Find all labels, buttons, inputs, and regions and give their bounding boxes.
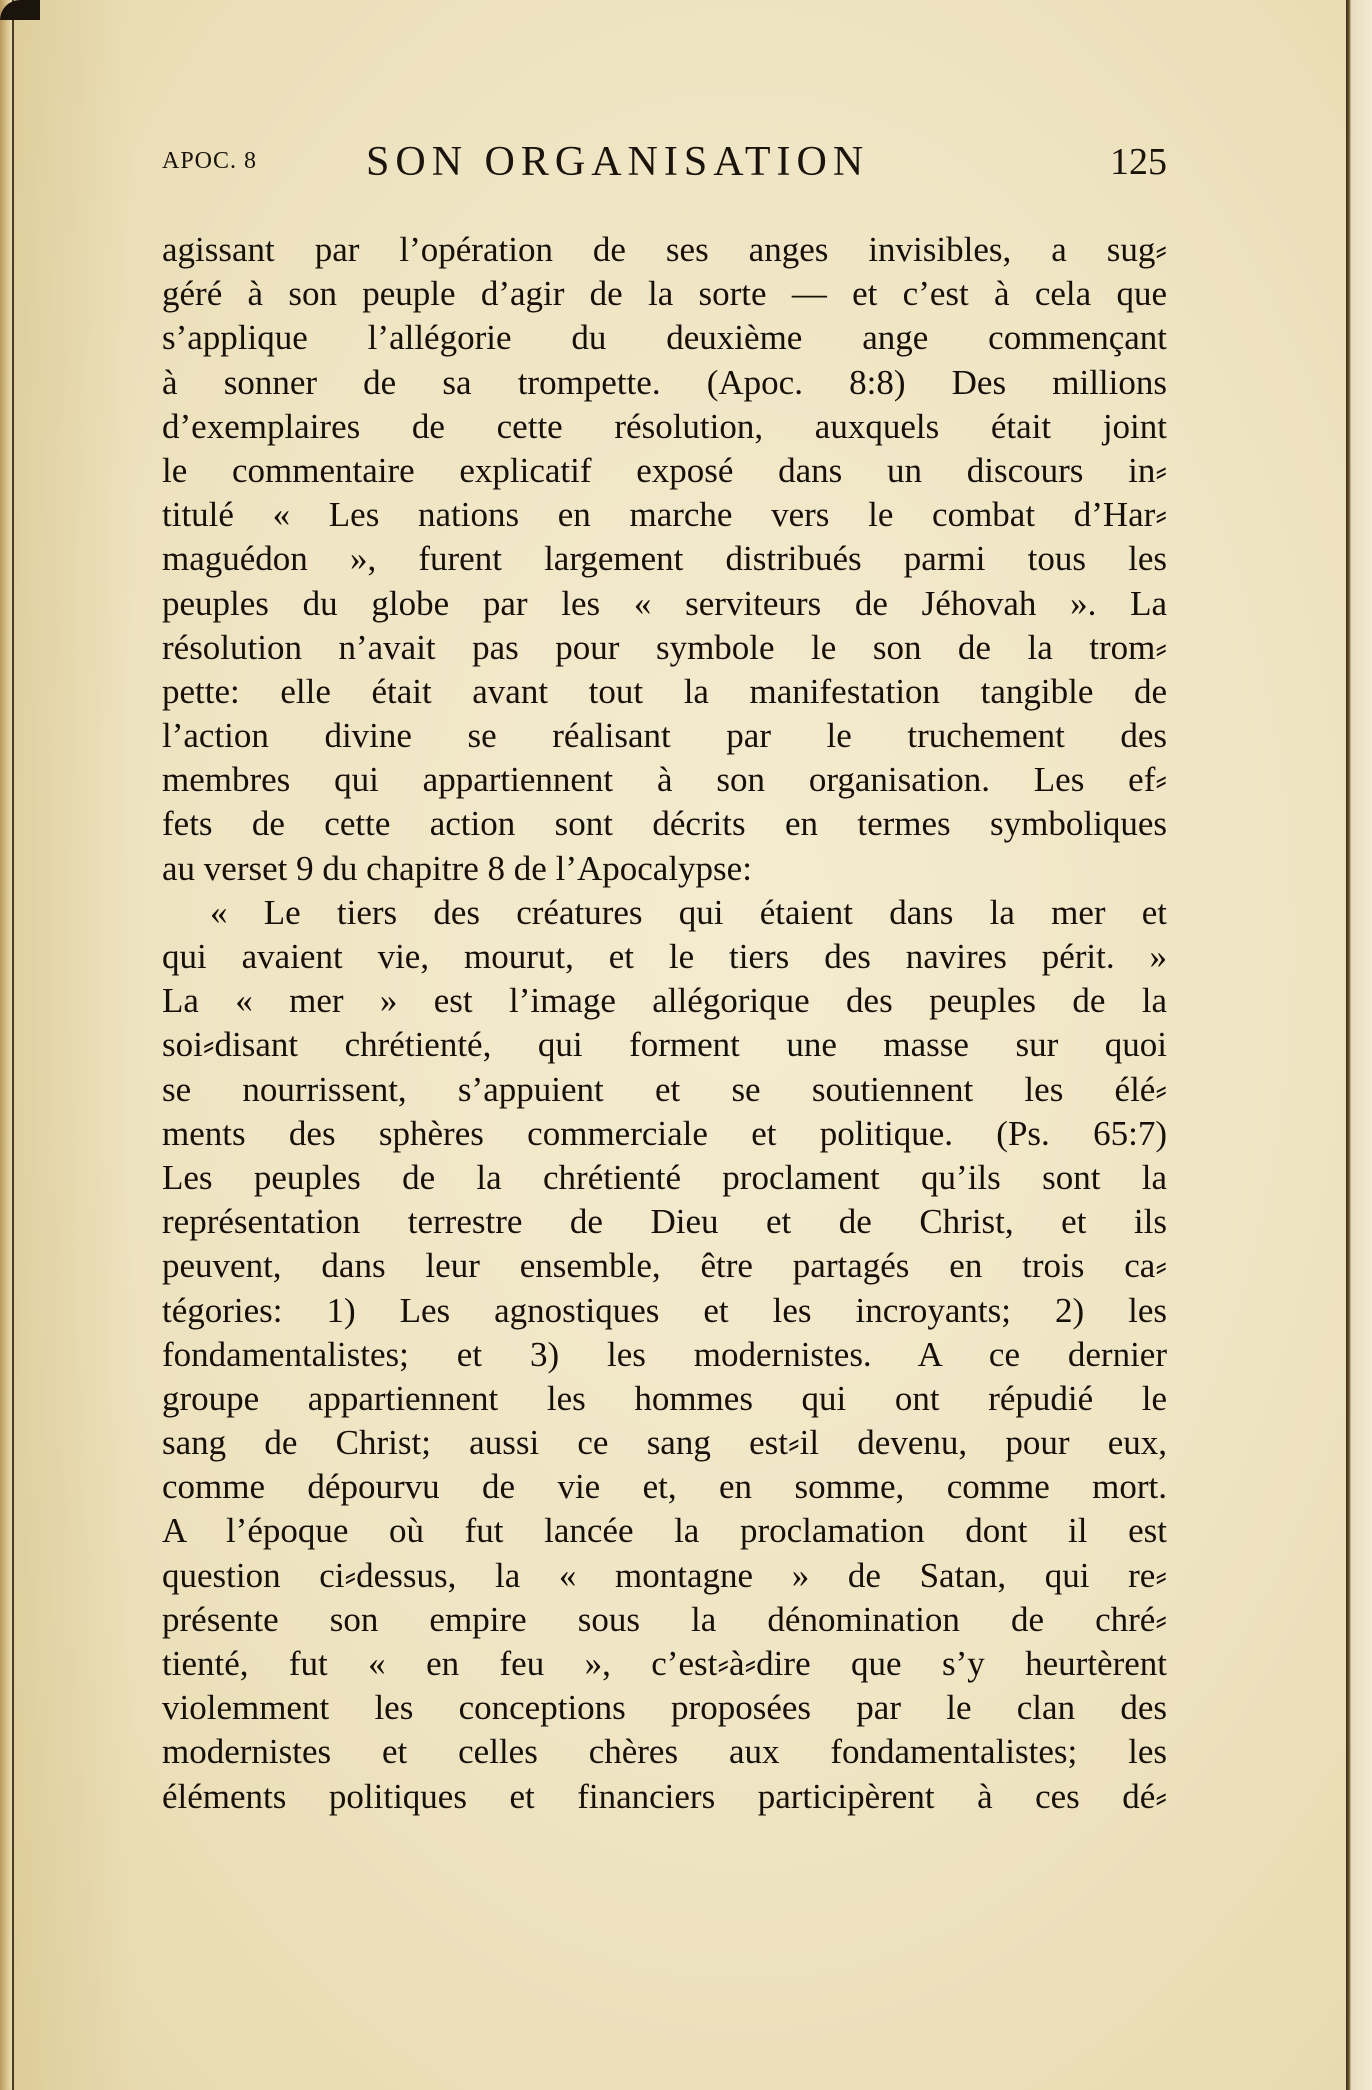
text-line: présente son empire sous la dénomination… (162, 1598, 1167, 1642)
text-line: Les peuples de la chrétienté proclament … (162, 1156, 1167, 1200)
text-line: peuples du globe par les « serviteurs de… (162, 582, 1167, 626)
running-header: APOC. 8 SON ORGANISATION 125 (162, 138, 1167, 188)
text-line: se nourrissent, s’appuient et se soutien… (162, 1068, 1167, 1112)
body-text: agissant par l’opération de ses anges in… (162, 228, 1167, 1819)
text-line: résolution n’avait pas pour symbole le s… (162, 626, 1167, 670)
page-fore-edge (1346, 0, 1372, 2090)
book-gutter-edge (0, 0, 14, 2090)
text-line: La « mer » est l’image allégorique des p… (162, 979, 1167, 1023)
book-page: APOC. 8 SON ORGANISATION 125 agissant pa… (0, 0, 1352, 2090)
text-line: soi⸗disant chrétienté, qui forment une m… (162, 1023, 1167, 1067)
text-line: fondamentalistes; et 3) les modernistes.… (162, 1333, 1167, 1377)
text-line: ments des sphères commerciale et politiq… (162, 1112, 1167, 1156)
quote-line: qui avaient vie, mourut, et le tiers des… (162, 935, 1167, 979)
gutter-shadow (14, 0, 134, 2090)
text-line: éléments politiques et financiers partic… (162, 1775, 1167, 1819)
text-line: pette: elle était avant tout la manifest… (162, 670, 1167, 714)
text-line: maguédon », furent largement distribués … (162, 537, 1167, 581)
text-line: comme dépourvu de vie et, en somme, comm… (162, 1465, 1167, 1509)
text-line: représentation terrestre de Dieu et de C… (162, 1200, 1167, 1244)
text-line: à sonner de sa trompette. (Apoc. 8:8) De… (162, 361, 1167, 405)
text-line: modernistes et celles chères aux fondame… (162, 1730, 1167, 1774)
text-line: tégories: 1) Les agnostiques et les incr… (162, 1289, 1167, 1333)
text-line: sang de Christ; aussi ce sang est⸗il dev… (162, 1421, 1167, 1465)
text-line: s’applique l’allégorie du deuxième ange … (162, 316, 1167, 360)
text-line: agissant par l’opération de ses anges in… (162, 228, 1167, 272)
text-line: peuvent, dans leur ensemble, être partag… (162, 1244, 1167, 1288)
text-line: le commentaire explicatif exposé dans un… (162, 449, 1167, 493)
chapter-reference: APOC. 8 (162, 148, 257, 175)
text-line: membres qui appartiennent à son organisa… (162, 758, 1167, 802)
text-line: A l’époque où fut lancée la proclamation… (162, 1509, 1167, 1553)
text-line: géré à son peuple d’agir de la sorte — e… (162, 272, 1167, 316)
text-line: tienté, fut « en feu », c’est⸗à⸗dire que… (162, 1642, 1167, 1686)
running-title: SON ORGANISATION (366, 138, 869, 186)
text-line: d’exemplaires de cette résolution, auxqu… (162, 405, 1167, 449)
text-line: violemment les conceptions proposées par… (162, 1686, 1167, 1730)
page-number: 125 (1110, 140, 1167, 184)
text-line: titulé « Les nations en marche vers le c… (162, 493, 1167, 537)
text-line: au verset 9 du chapitre 8 de l’Apocalyps… (162, 847, 1167, 891)
text-line: l’action divine se réalisant par le truc… (162, 714, 1167, 758)
text-line: fets de cette action sont décrits en ter… (162, 802, 1167, 846)
text-line: question ci⸗dessus, la « montagne » de S… (162, 1554, 1167, 1598)
quote-line: « Le tiers des créatures qui étaient dan… (162, 891, 1167, 935)
text-line: groupe appartiennent les hommes qui ont … (162, 1377, 1167, 1421)
